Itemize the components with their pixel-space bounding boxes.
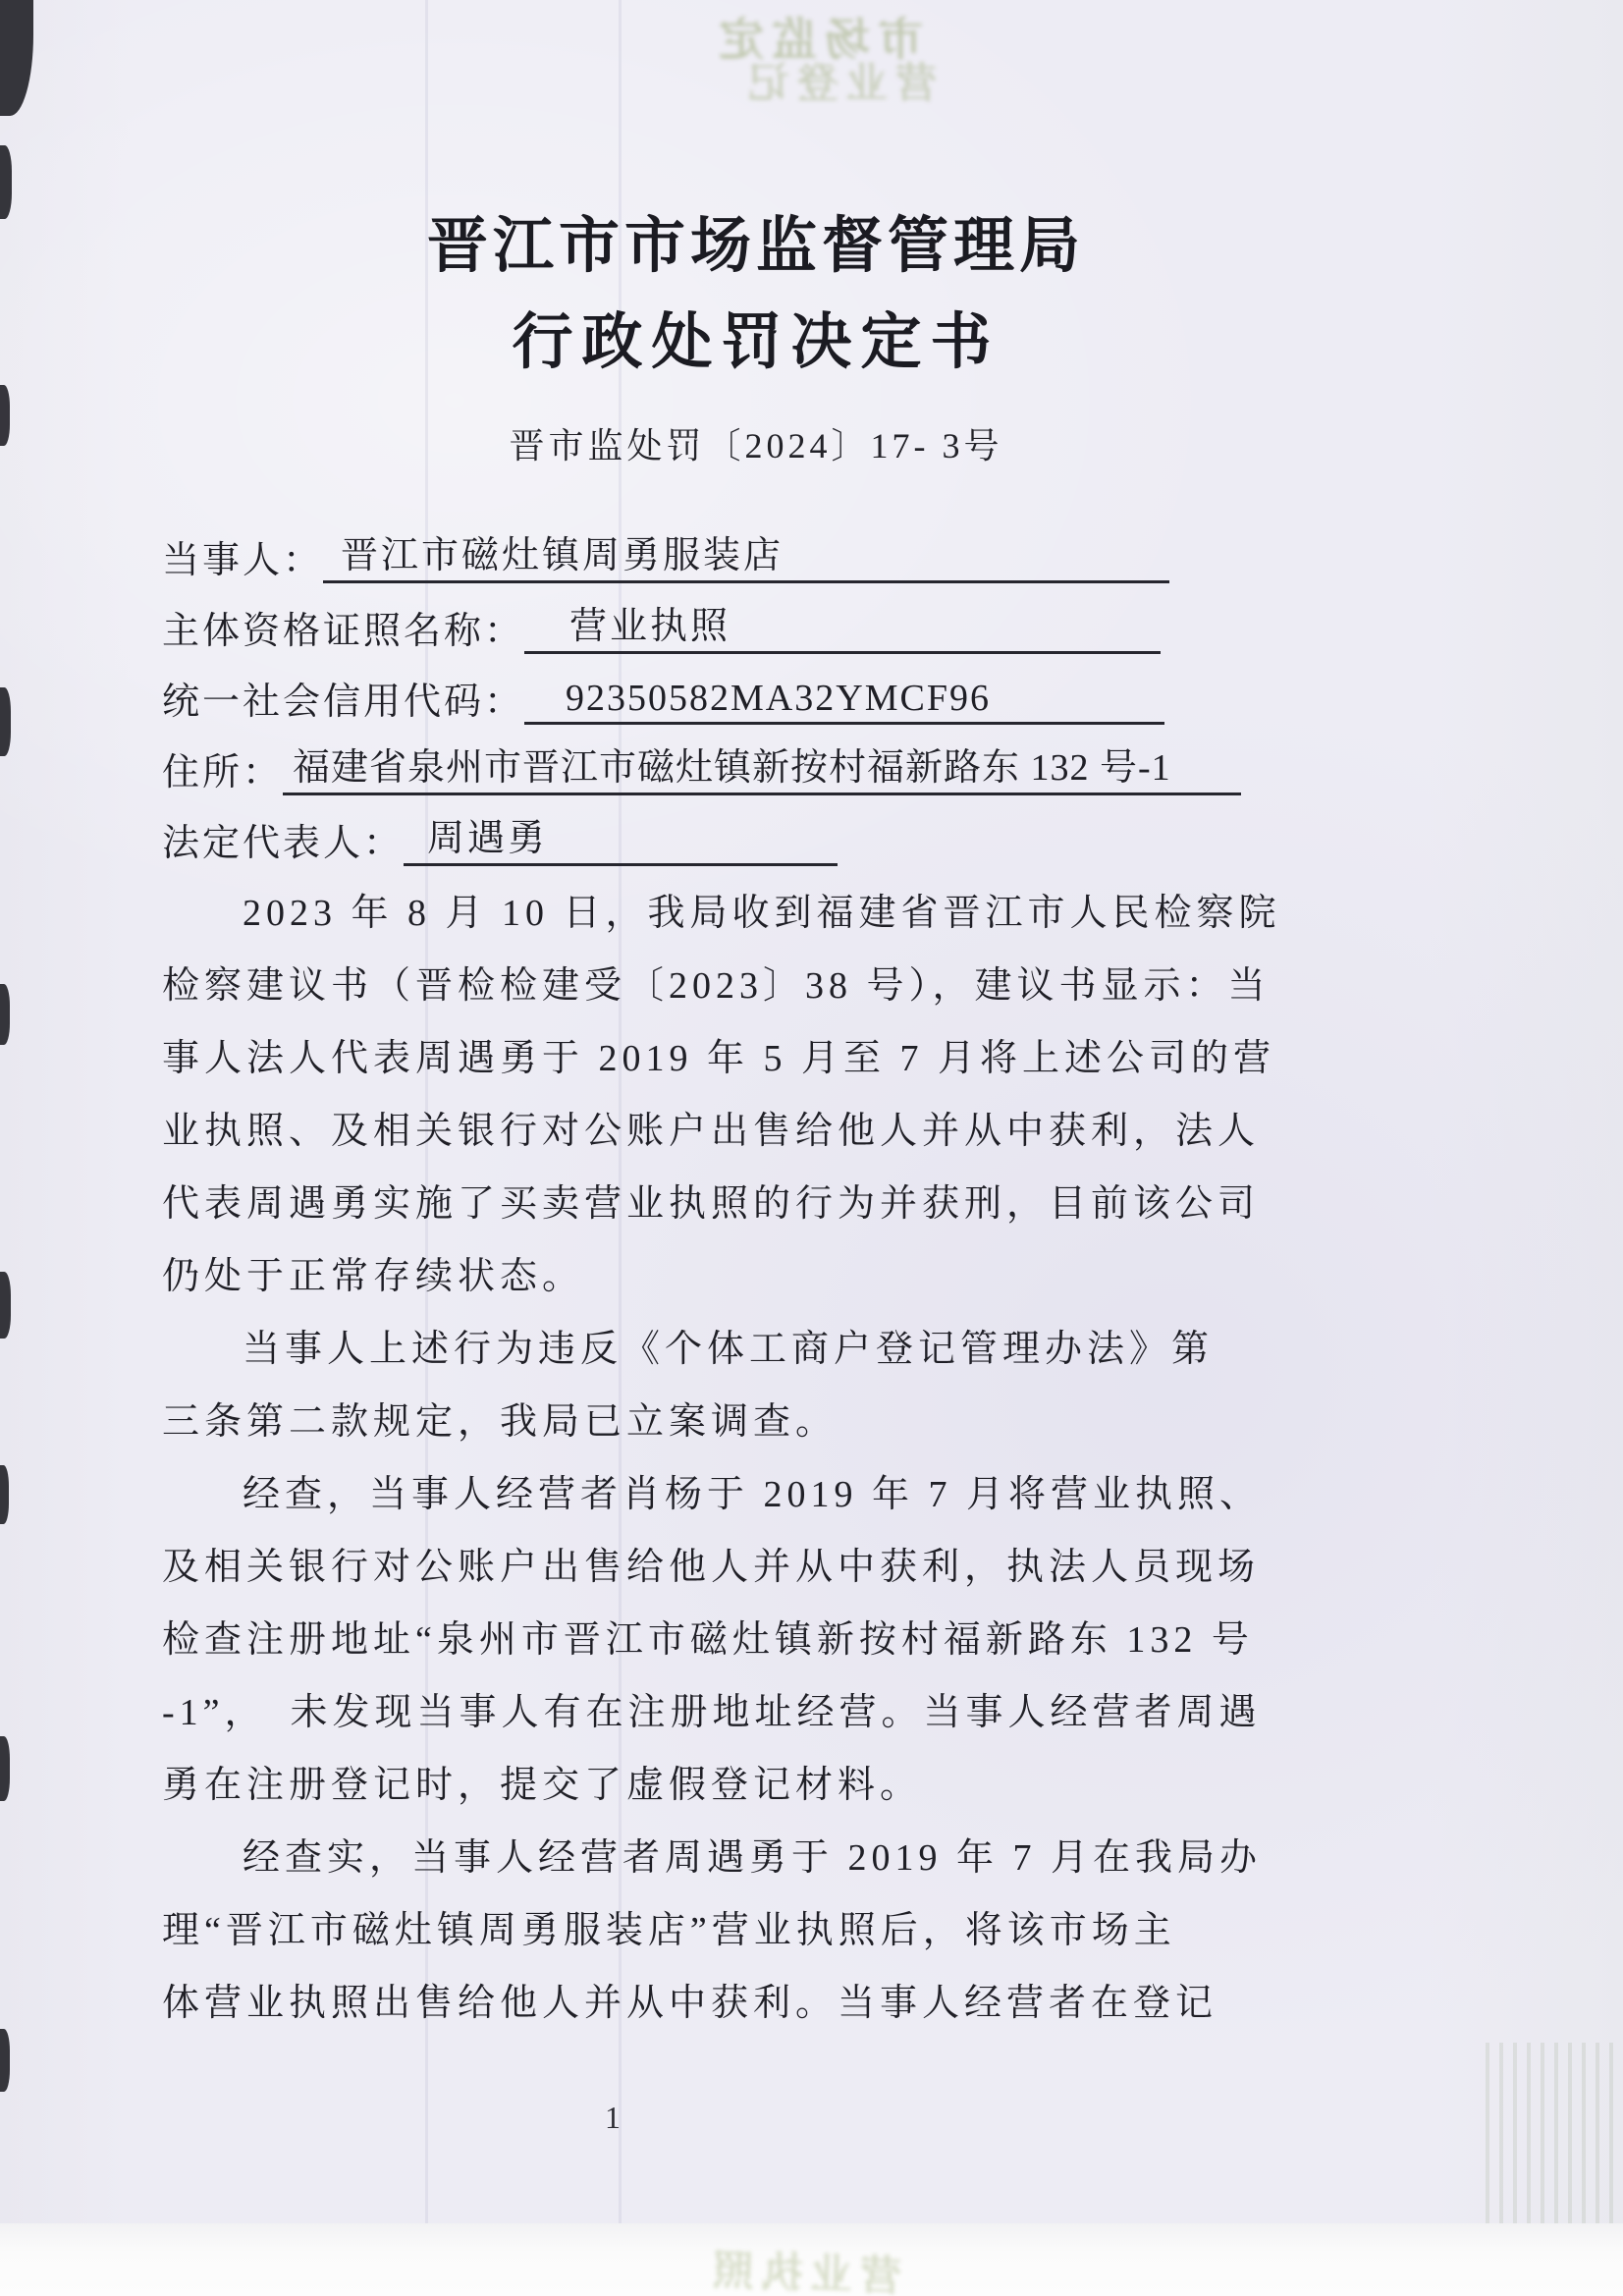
field-value-underlined: 福建省泉州市晋江市磁灶镇新按村福新路东 132 号-1 — [283, 737, 1241, 795]
field-value-underlined: 周遇勇 — [404, 807, 838, 866]
field-label: 主体资格证照名称： — [162, 600, 524, 654]
field-value-underlined: 92350582MA32YMCF96 — [524, 677, 1164, 725]
info-row-address: 住所： 福建省泉州市晋江市磁灶镇新按村福新路东 132 号-1 — [162, 725, 1281, 795]
field-value-underlined: 晋江市磁灶镇周勇服装店 — [323, 524, 1169, 583]
info-row-license-type: 主体资格证照名称： 营业执照 — [162, 583, 1281, 654]
document-title-line2: 行政处罚决定书 — [0, 293, 1512, 380]
ink-bleedthrough-text: 营业执照 — [704, 2238, 902, 2296]
body-line: 事人法人代表周遇勇于 2019 年 5 月至 7 月将上述公司的营 — [162, 1022, 1321, 1095]
body-line: 理“晋江市磁灶镇周勇服装店”营业执照后，将该市场主 — [162, 1894, 1321, 1967]
field-label: 当事人： — [162, 529, 323, 583]
scan-edge-artifact — [0, 1465, 9, 1524]
body-line: 经查实，当事人经营者周遇勇于 2019 年 7 月在我局办 — [162, 1822, 1321, 1894]
document-body: 2023 年 8 月 10 日，我局收到福建省晋江市人民检察院 检察建议书（晋检… — [162, 877, 1321, 2040]
body-line: 2023 年 8 月 10 日，我局收到福建省晋江市人民检察院 — [162, 877, 1321, 950]
party-info-block: 当事人： 晋江市磁灶镇周勇服装店 主体资格证照名称： 营业执照 统一社会信用代码… — [162, 513, 1281, 866]
body-line: -1”， 未发现当事人有在注册地址经营。当事人经营者周遇 — [162, 1676, 1321, 1749]
info-row-legal-representative: 法定代表人： 周遇勇 — [162, 795, 1281, 866]
page-number: 1 — [583, 2100, 642, 2136]
body-line: 当事人上述行为违反《个体工商户登记管理办法》第 — [162, 1313, 1321, 1386]
document-title-line1: 晋江市市场监督管理局 — [0, 196, 1512, 284]
scan-edge-artifact — [0, 1272, 11, 1339]
body-line: 仍处于正常存续状态。 — [162, 1240, 1321, 1313]
scan-edge-artifact — [0, 984, 10, 1045]
body-line: 经查，当事人经营者肖杨于 2019 年 7 月将营业执照、 — [162, 1458, 1321, 1531]
field-label: 法定代表人： — [162, 812, 404, 866]
scan-edge-artifact — [0, 687, 11, 756]
body-line: 三条第二款规定，我局已立案调查。 — [162, 1386, 1321, 1458]
document-number: 晋市监处罚〔2024〕17- 3号 — [0, 418, 1512, 468]
body-line: 代表周遇勇实施了买卖营业执照的行为并获刑，目前该公司 — [162, 1168, 1321, 1240]
ink-bleedthrough-text: 营业登记 — [740, 51, 937, 110]
scan-edge-artifact — [0, 2029, 10, 2092]
info-row-party: 当事人： 晋江市磁灶镇周勇服装店 — [162, 513, 1281, 583]
field-label: 统一社会信用代码： — [162, 671, 524, 725]
body-line: 体营业执照出售给他人并从中获利。当事人经营者在登记 — [162, 1967, 1321, 2040]
body-line: 检察建议书（晋检检建受〔2023〕38 号），建议书显示：当 — [162, 950, 1321, 1022]
field-label: 住所： — [162, 741, 283, 795]
body-line: 勇在注册登记时，提交了虚假登记材料。 — [162, 1749, 1321, 1822]
body-line: 检查注册地址“泉州市晋江市磁灶镇新按村福新路东 132 号 — [162, 1604, 1321, 1676]
scan-corner-streaks — [1486, 2043, 1623, 2223]
field-value-underlined: 营业执照 — [524, 595, 1161, 654]
body-line: 及相关银行对公账户出售给他人并从中获利，执法人员现场 — [162, 1531, 1321, 1604]
info-row-credit-code: 统一社会信用代码： 92350582MA32YMCF96 — [162, 654, 1281, 725]
scanned-document-page: 市场监定 营业登记 营业执照 晋江市市场监督管理局 行政处罚决定书 晋市监处罚〔… — [0, 0, 1623, 2296]
body-line: 业执照、及相关银行对公账户出售给他人并从中获利，法人 — [162, 1095, 1321, 1168]
scan-edge-artifact — [0, 1736, 10, 1801]
